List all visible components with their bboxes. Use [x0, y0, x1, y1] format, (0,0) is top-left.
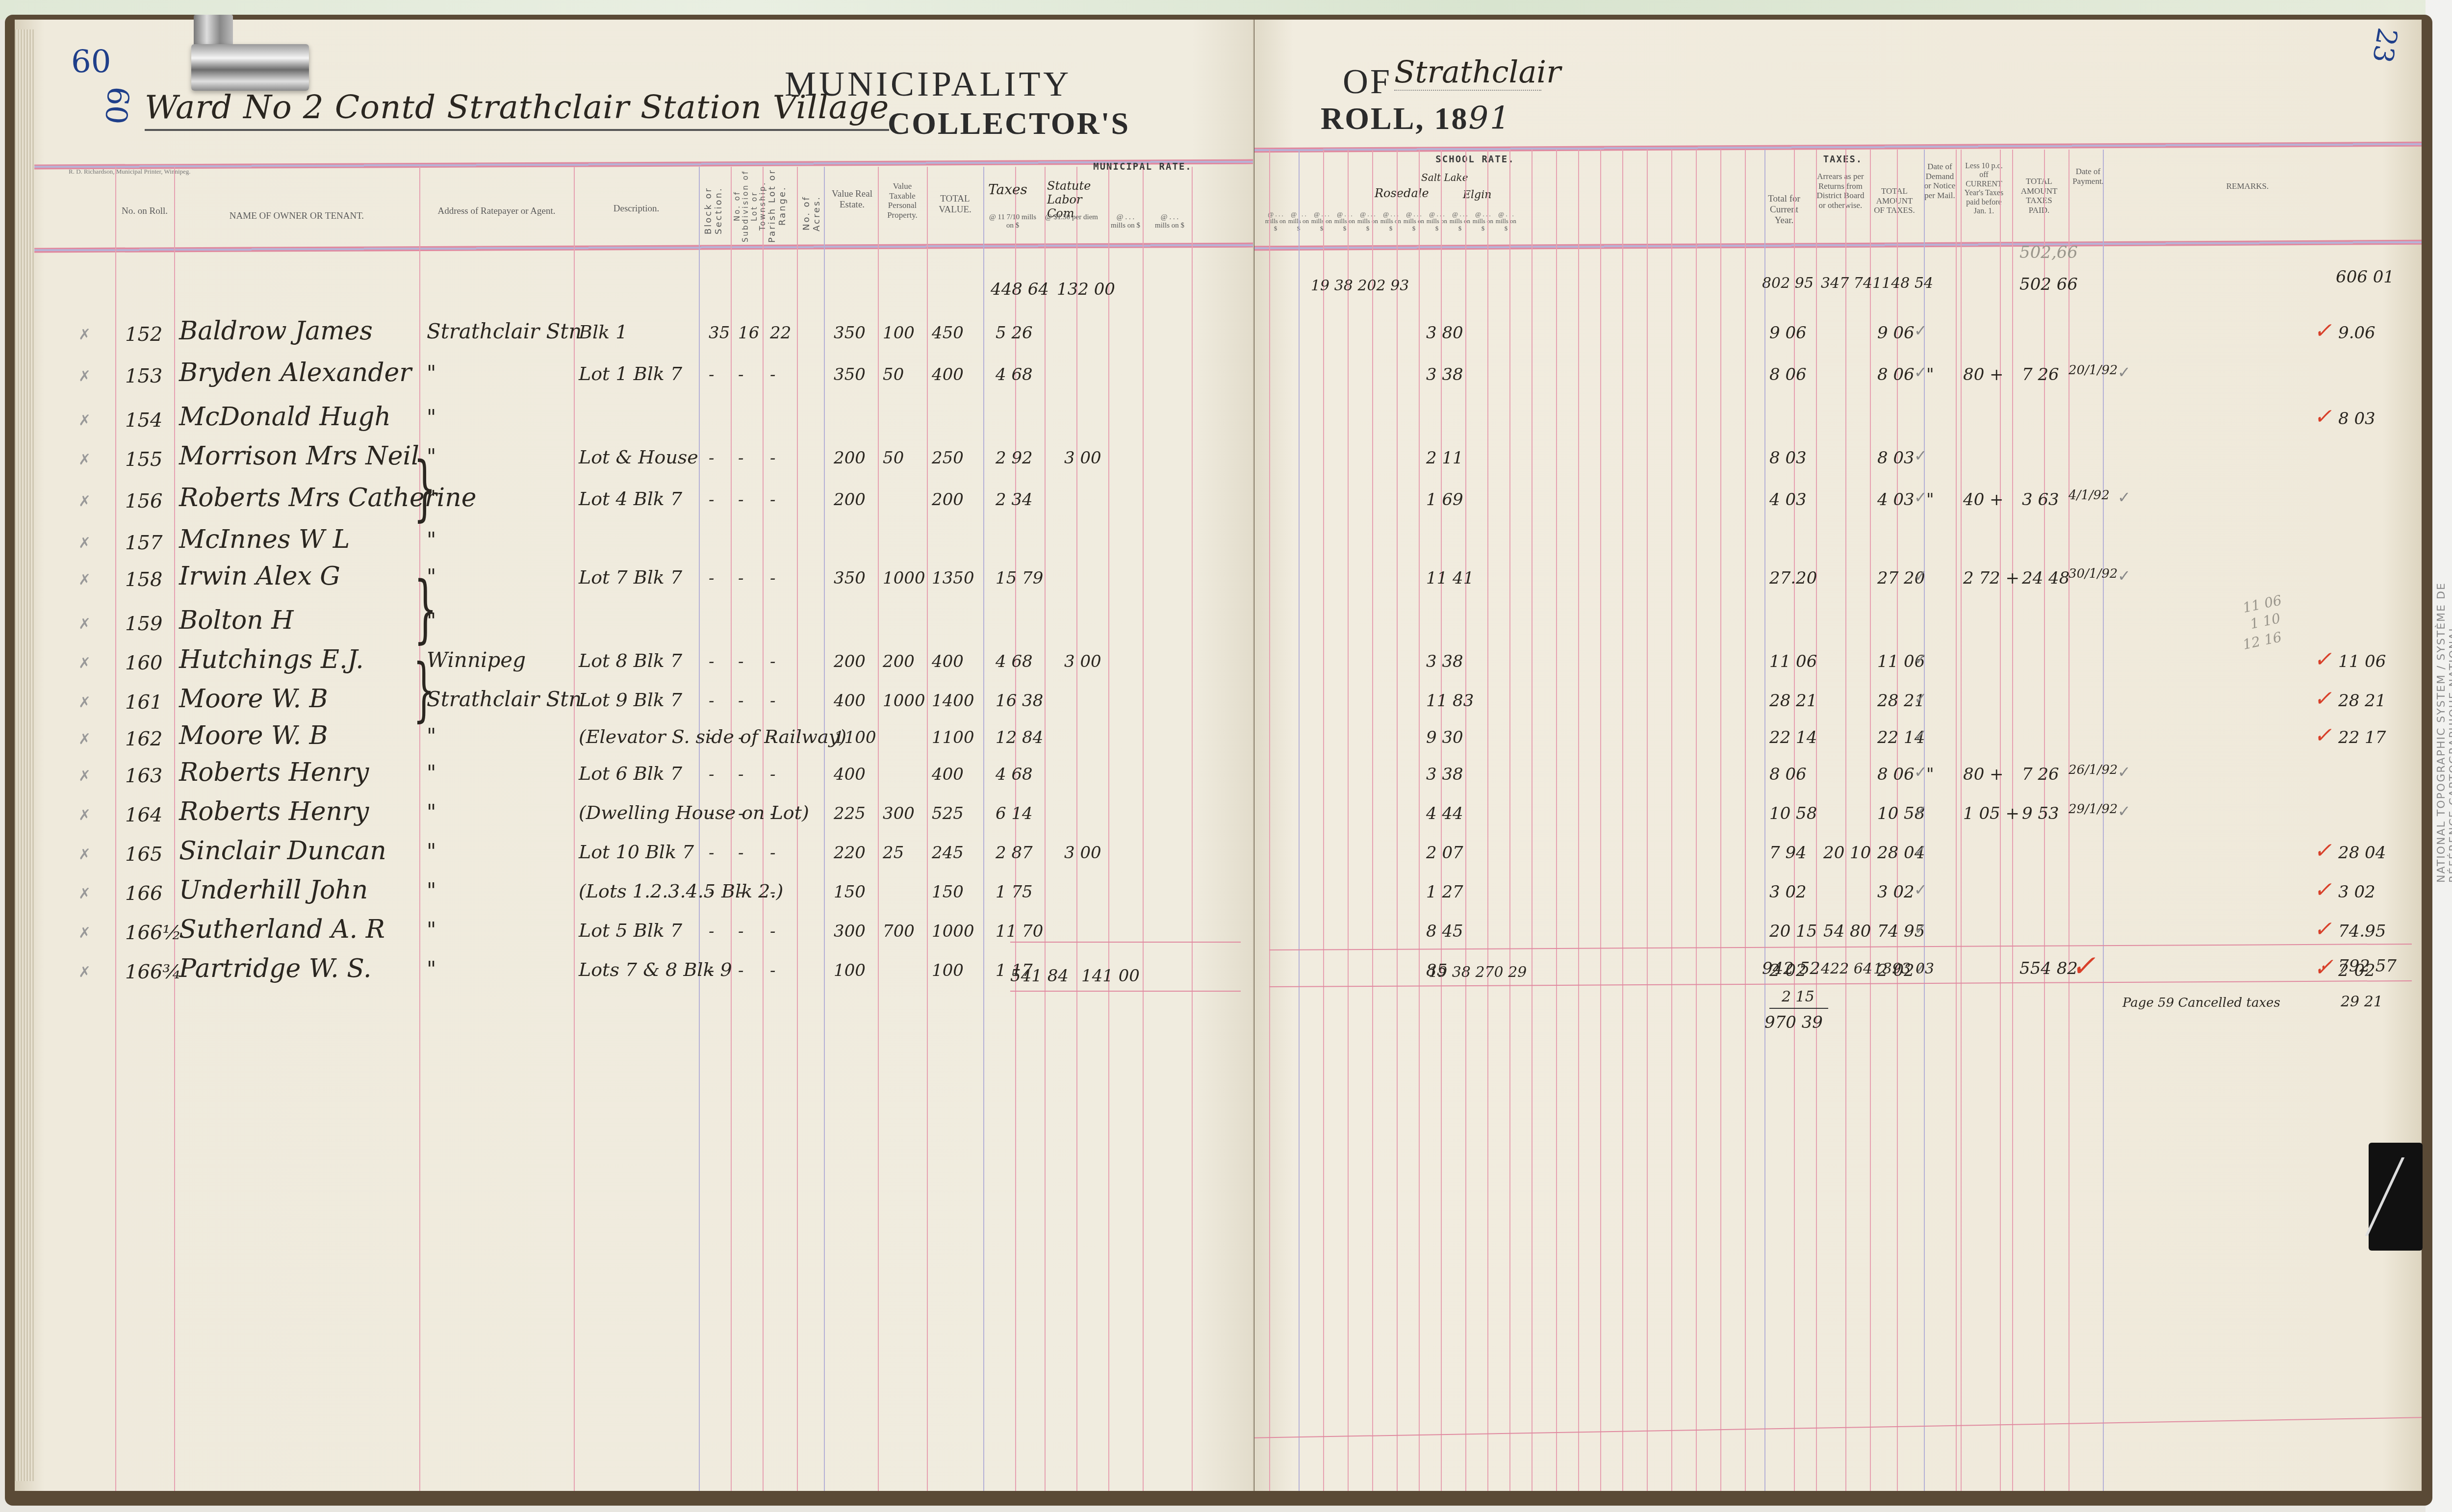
check-icon: ✓ [1914, 880, 1927, 899]
rule [1764, 150, 1765, 1491]
check-icon: ✓ [2314, 404, 2332, 429]
remark-amount: 74.95 [2338, 922, 2386, 941]
binder-clip [2369, 1143, 2423, 1251]
block-section: 35 [709, 323, 730, 343]
check-icon: ✓ [2118, 802, 2131, 820]
description: Lot 1 Blk 7 [579, 363, 682, 384]
owner-name: Roberts Henry [179, 758, 369, 787]
bf-total-amount: 1148 54 [1872, 275, 1933, 292]
subdivision: - [738, 843, 744, 863]
school-rate: 1 69 [1426, 490, 1463, 510]
margin-calc-3: 12 16 [2241, 629, 2283, 653]
value-real-estate: 225 [834, 804, 866, 823]
page-number-tab: 60 [98, 85, 135, 126]
roll-number: 155 [125, 448, 162, 471]
subdivision: - [738, 448, 744, 468]
left-page: 60 60 Ward No 2 Contd Strathclair Statio… [15, 20, 1254, 1491]
block-section: - [709, 365, 715, 384]
municipal-taxes: 1 75 [996, 882, 1033, 902]
total-amount-taxes: 4 03 [1877, 490, 1915, 510]
parish-lot-range: - [770, 448, 776, 468]
subdivision: - [738, 804, 744, 823]
rule [1487, 150, 1488, 1491]
parish-lot-range: - [770, 490, 776, 510]
check-icon: ✓ [2314, 723, 2332, 748]
subdivision: - [738, 568, 744, 588]
tally-mark-icon: ✗ [78, 571, 91, 589]
school-rate-mills-label: @ . . . mills on $ [1426, 211, 1448, 232]
tally-mark-icon: ✗ [78, 535, 91, 552]
block-section: - [709, 765, 715, 784]
total-current-year: 22 14 [1769, 728, 1817, 747]
roll-number: 156 [125, 490, 162, 513]
rule [174, 167, 175, 1491]
roll-number: 165 [125, 843, 162, 866]
roll-number: 158 [125, 568, 162, 591]
total-current-year: 942 52 [1762, 959, 1820, 978]
address: " [427, 839, 436, 863]
school-rate: 3 80 [1426, 323, 1463, 343]
block-section: - [709, 882, 715, 902]
description: Lot 9 Blk 7 [579, 689, 682, 711]
total-current-year: 8 03 [1769, 448, 1807, 468]
rule [1323, 150, 1324, 1491]
value-personal: 300 [883, 804, 915, 823]
address: " [427, 361, 436, 385]
value-real-estate: 200 [834, 490, 866, 510]
total-current-year: 20 15 [1769, 922, 1817, 941]
roll-number: 166 [125, 882, 162, 905]
description: Lot 4 Blk 7 [579, 488, 682, 510]
check-icon: ✓ [1914, 363, 1927, 382]
address: " [427, 405, 436, 429]
cancelled-note: Page 59 Cancelled taxes [2122, 996, 2280, 1010]
total-statute-labor: 141 00 [1081, 966, 1140, 986]
total-current-year: 8 06 [1769, 765, 1807, 784]
subdivision: - [738, 882, 744, 902]
bf-total-current: 802 95 [1762, 275, 1813, 292]
value-real-estate: 150 [834, 882, 866, 902]
owner-name: Underhill John [179, 875, 368, 905]
rule [1696, 150, 1697, 1491]
school-rate: 9 30 [1426, 728, 1463, 747]
printed-title-roll: ROLL, 1891 [1321, 101, 1511, 137]
total-value: 200 [932, 490, 964, 510]
roll-number: 159 [125, 613, 162, 635]
col-header-date-demand: Date of Demand or Notice per Mail. [1921, 162, 1958, 200]
remark-amount: 22 17 [2338, 728, 2386, 747]
parish-lot-range: - [770, 961, 776, 980]
check-icon: ✓ [2118, 488, 2131, 507]
roll-number: 163 [125, 765, 162, 787]
total-taxes-paid: 7 26 [2022, 365, 2059, 384]
parish-lot-range: - [770, 843, 776, 863]
date-of-payment: 26/1/92 [2069, 763, 2118, 777]
school-rate: 2 07 [1426, 843, 1463, 863]
parish-lot-range: - [770, 652, 776, 671]
total-value: 100 [932, 961, 964, 980]
statute-labor: 3 00 [1064, 843, 1101, 863]
col-header-value-real: Value Real Estate. [829, 189, 875, 210]
check-icon: ✓ [2118, 363, 2131, 382]
roll-number: 166½ [125, 922, 181, 944]
value-real-estate: 350 [834, 568, 866, 588]
owner-name: Morrison Mrs Neil [179, 441, 419, 471]
total-rule-double [1010, 991, 1241, 992]
rule [1419, 150, 1420, 1491]
rule [1192, 167, 1193, 1491]
rule [927, 167, 928, 1491]
parish-lot-range: - [770, 728, 776, 747]
block-section: - [709, 922, 715, 941]
address: Winnipeg [427, 648, 526, 672]
check-icon: ✓ [1914, 566, 1927, 585]
municipal-taxes: 12 84 [996, 728, 1043, 747]
check-icon: ✓ [2071, 949, 2095, 983]
total-value: 1100 [932, 728, 974, 747]
subdivision: - [738, 652, 744, 671]
roll-number: 160 [125, 652, 162, 674]
parish-lot-range: - [770, 765, 776, 784]
value-real-estate: 100 [834, 961, 866, 980]
bracket-icon: } [413, 650, 435, 730]
remark-amount: 28 04 [2338, 843, 2386, 863]
school-rate: 8 45 [1426, 922, 1463, 941]
page-number-top: 60 [71, 44, 111, 80]
col-header-total-amount: TOTAL AMOUNT OF TAXES. [1870, 186, 1919, 215]
check-icon: ✓ [1914, 726, 1927, 744]
remark-amount: 3 02 [2338, 882, 2375, 902]
total-taxes-paid: 9 53 [2022, 804, 2059, 823]
page-edges [15, 29, 34, 1481]
header-rule-bottom [34, 243, 1254, 253]
total-municipal-taxes: 541 84 [1010, 966, 1069, 986]
col-header-arrears: Arrears as per Returns from District Boa… [1813, 172, 1867, 210]
rule [878, 167, 879, 1491]
total-value: 1000 [932, 922, 974, 941]
rule [1556, 150, 1557, 1491]
printed-title-of: OF [1343, 61, 1392, 102]
subdivision: - [738, 961, 744, 980]
school-district-rosedale: Rosedale [1375, 186, 1429, 200]
value-personal: 100 [883, 323, 915, 343]
total-rule [1010, 942, 1241, 943]
tally-mark-icon: ✗ [78, 412, 91, 429]
col-header-roll-no: No. on Roll. [118, 206, 172, 217]
parish-lot-range: - [770, 882, 776, 902]
subdivision: - [738, 728, 744, 747]
date-of-demand: " [1926, 765, 1934, 784]
total-current-year: 9 06 [1769, 323, 1807, 343]
owner-name: Moore W. B [179, 721, 328, 750]
map-sheet-text: NATIONAL TOPOGRAPHIC SYSTEM / SYSTÈME DE… [2435, 539, 2452, 883]
value-real-estate: 1100 [834, 728, 876, 747]
roll-number: 157 [125, 532, 162, 554]
total-value: 150 [932, 882, 964, 902]
value-personal: 25 [883, 843, 904, 863]
school-rate-mills-label: @ . . . mills on $ [1356, 211, 1379, 232]
address: " [427, 878, 436, 902]
total-amount-taxes: 9 06 [1877, 323, 1915, 343]
rule [1578, 150, 1579, 1491]
owner-name: Hutchings E.J. [179, 645, 364, 674]
rule [1372, 150, 1373, 1491]
bf-school-rate: 19 38 202 93 [1311, 277, 1409, 294]
municipal-taxes: 2 34 [996, 490, 1033, 510]
municipal-taxes: 16 38 [996, 691, 1043, 711]
total-value: 450 [932, 323, 964, 343]
block-section: - [709, 728, 715, 747]
rule [1720, 150, 1721, 1491]
rule [1045, 167, 1046, 1491]
description: Lot 8 Blk 7 [579, 650, 682, 671]
header-rule-top [1254, 142, 2422, 153]
group-header-taxes: TAXES. [1769, 154, 1916, 165]
total-amount-taxes: 3 02 [1877, 882, 1915, 902]
rule [1845, 150, 1846, 1491]
description: Lot 10 Blk 7 [579, 841, 694, 863]
municipal-taxes: 4 68 [996, 765, 1033, 784]
rule [1108, 167, 1109, 1491]
tally-mark-icon: ✗ [78, 846, 91, 863]
parish-lot-range: 22 [770, 323, 791, 343]
check-icon: ✓ [2314, 838, 2332, 863]
check-icon: ✓ [2314, 318, 2332, 343]
address: " [427, 918, 436, 942]
school-rate-mills-label: @ . . . mills on $ [1310, 211, 1333, 232]
subdivision: - [738, 765, 744, 784]
total-value: 525 [932, 804, 964, 823]
municipal-taxes: 11 70 [996, 922, 1043, 941]
total-amount-taxes: 8 06 [1877, 765, 1915, 784]
total-amount-taxes: 8 06 [1877, 365, 1915, 384]
col-header-acres: No. of Acres. [802, 181, 822, 245]
ledger-book: 60 60 Ward No 2 Contd Strathclair Statio… [5, 15, 2432, 1506]
total-current-year: 11 06 [1769, 652, 1817, 671]
total-arrears: 422 64 [1821, 960, 1872, 977]
col-header-value-personal: Value Taxable Personal Property. [880, 181, 924, 220]
subdivision: 16 [738, 323, 759, 343]
less-10pc: 40 + [1963, 490, 2004, 510]
municipal-rate-1: @ 11 7/10 mills on $ [986, 213, 1040, 230]
adjustment: 2 15 [1782, 988, 1814, 1005]
parish-lot-range: - [770, 804, 776, 823]
total-value: 400 [932, 765, 964, 784]
statute-labor: 3 00 [1064, 652, 1101, 671]
address: " [427, 528, 436, 552]
total-value: 250 [932, 448, 964, 468]
rule [1397, 150, 1398, 1491]
tally-mark-icon: ✗ [78, 885, 91, 902]
block-section: - [709, 691, 715, 711]
school-rate: 11 83 [1426, 691, 1474, 711]
bf-remarks: 606 01 [2336, 267, 2394, 287]
less-10pc: 80 + [1963, 365, 2004, 384]
remark-amount: 11 06 [2338, 652, 2386, 671]
address: " [427, 957, 436, 981]
bf-taxes-paid-pencil: 502,66 [2019, 243, 2078, 262]
total-taxes-paid: 7 26 [2022, 765, 2059, 784]
total-remarks: 792 57 [2338, 956, 2397, 976]
check-icon: ✓ [1914, 920, 1927, 938]
total-taxes-paid: 24 48 [2022, 568, 2069, 588]
block-section: - [709, 804, 715, 823]
subdivision: - [738, 922, 744, 941]
owner-name: Irwin Alex G [179, 562, 340, 591]
col-header-description: Description. [576, 204, 696, 214]
municipal-taxes: 2 87 [996, 843, 1033, 863]
printed-title-collectors: COLLECTOR'S [888, 105, 1130, 142]
description: Lot & House [579, 446, 698, 468]
municipal-taxes: 15 79 [996, 568, 1043, 588]
owner-name: Moore W. B [179, 684, 328, 714]
total-taxes-paid: 554 82 [2019, 959, 2078, 978]
rule [1299, 150, 1300, 1491]
check-icon: ✓ [1914, 763, 1927, 781]
less-10pc: 80 + [1963, 765, 2004, 784]
municipal-taxes: 4 68 [996, 365, 1033, 384]
school-rate: 4 44 [1426, 804, 1463, 823]
address: Strathclair Stn [427, 687, 582, 711]
owner-name: Bryden Alexander [179, 358, 411, 387]
adjusted-total: 970 39 [1764, 1013, 1823, 1032]
check-icon: ✓ [2314, 877, 2332, 902]
value-real-estate: 200 [834, 652, 866, 671]
roll-number: 153 [125, 365, 162, 387]
rule [1961, 150, 1962, 1491]
school-rate-mills-label: @ . . . mills on $ [1472, 211, 1494, 232]
roll-label: ROLL, 18 [1321, 101, 1468, 136]
rule [2103, 150, 2104, 1491]
municipal-taxes: 4 68 [996, 652, 1033, 671]
rule [1870, 150, 1871, 1491]
header-rule-bottom [1254, 240, 2422, 251]
date-of-demand: " [1926, 490, 1934, 510]
rule [1647, 150, 1648, 1491]
arrears: 20 10 [1823, 843, 1871, 863]
total-value: 1350 [932, 568, 974, 588]
rule [1600, 150, 1601, 1491]
block-section: - [709, 448, 715, 468]
rule [574, 167, 575, 1491]
tally-mark-icon: ✗ [78, 924, 91, 942]
block-section: - [709, 490, 715, 510]
rule [115, 167, 116, 1491]
value-personal: 700 [883, 922, 915, 941]
total-value: 245 [932, 843, 964, 863]
check-icon: ✓ [1914, 650, 1927, 668]
value-real-estate: 350 [834, 365, 866, 384]
value-real-estate: 300 [834, 922, 866, 941]
parish-lot-range: - [770, 691, 776, 711]
col-header-total-paid: TOTAL AMOUNT TAXES PAID. [2015, 177, 2064, 215]
arrears: 54 80 [1823, 922, 1871, 941]
check-icon: ✓ [1914, 488, 1927, 507]
school-rate-mills-label: @ . . . mills on $ [1264, 211, 1287, 232]
date-of-payment: 20/1/92 [2069, 363, 2118, 378]
roll-number: 162 [125, 728, 162, 750]
tally-mark-icon: ✗ [78, 964, 91, 981]
check-icon: ✓ [1914, 446, 1927, 465]
date-of-demand: " [1926, 365, 1934, 384]
description: Lot 6 Blk 7 [579, 763, 682, 784]
total-current-year: 27.20 [1769, 568, 1817, 588]
block-section: - [709, 843, 715, 863]
col-header-parish-lot: Parish Lot or Range. [767, 167, 788, 245]
printed-title-municipality: MUNICIPALITY [785, 64, 1072, 104]
value-personal: 50 [883, 365, 904, 384]
total-taxes-paid: 3 63 [2022, 490, 2059, 510]
value-personal: 1000 [883, 568, 925, 588]
municipal-taxes: 5 26 [996, 323, 1033, 343]
address: Strathclair Stn [427, 319, 582, 343]
bf-municipal-taxes: 448 64 [991, 280, 1049, 299]
value-personal: 200 [883, 652, 915, 671]
ward-title: Ward No 2 Contd Strathclair Station Vill… [145, 88, 889, 131]
block-section: - [709, 568, 715, 588]
bf-taxes-paid: 502 66 [2019, 275, 2078, 294]
check-icon: ✓ [2118, 763, 2131, 781]
col-header-total-current: Total for Current Year. [1760, 194, 1809, 226]
value-real-estate: 350 [834, 323, 866, 343]
tally-mark-icon: ✗ [78, 451, 91, 468]
roll-number: 161 [125, 691, 162, 714]
rule [1348, 150, 1349, 1491]
rule [1622, 150, 1623, 1491]
remark-amount: 8 03 [2338, 409, 2375, 429]
rule [1269, 150, 1270, 1491]
municipal-taxes: 2 92 [996, 448, 1033, 468]
tally-mark-icon: ✗ [78, 326, 91, 343]
page-bottom-rule [1254, 1417, 2422, 1438]
rule [1532, 150, 1532, 1491]
description: Lot 5 Blk 7 [579, 920, 682, 941]
description: (Lots 1.2.3.4.5 Blk 2.) [579, 880, 783, 902]
col-header-name: NAME OF OWNER OR TENANT. [177, 211, 417, 222]
group-header-school-rate: SCHOOL RATE. [1402, 154, 1549, 165]
roll-number: 164 [125, 804, 162, 826]
tally-mark-icon: ✗ [78, 768, 91, 785]
subdivision: - [738, 691, 744, 711]
owner-name: Sinclair Duncan [179, 836, 386, 866]
rule [1745, 150, 1746, 1491]
total-current-year: 10 58 [1769, 804, 1817, 823]
rule [1143, 167, 1144, 1491]
rule [1076, 167, 1077, 1491]
municipal-rate-2: @ $1.50 per diem [1045, 213, 1098, 222]
rule [2069, 150, 2069, 1491]
rule [1956, 150, 1957, 1491]
check-icon: ✓ [2314, 917, 2332, 942]
tally-mark-icon: ✗ [78, 731, 91, 748]
check-icon: ✓ [2319, 955, 2333, 975]
rule [824, 167, 825, 1491]
check-icon: ✓ [1914, 802, 1927, 820]
total-amount: 1393 03 [1873, 960, 1934, 977]
value-real-estate: 220 [834, 843, 866, 863]
roll-number: 166¾ [125, 961, 181, 983]
owner-name: Partridge W. S. [179, 954, 372, 983]
block-section: - [709, 652, 715, 671]
total-current-year: 8 06 [1769, 365, 1807, 384]
printer-credit: R. D. Richardson, Municipal Printer, Win… [69, 168, 191, 176]
tally-mark-icon: ✗ [78, 493, 91, 510]
total-current-year: 4 03 [1769, 490, 1807, 510]
total-current-year: 28 21 [1769, 691, 1817, 711]
municipal-rate-4: @ . . . mills on $ [1152, 213, 1187, 230]
school-rate: 3 38 [1426, 765, 1463, 784]
school-rate: 3 38 [1426, 365, 1463, 384]
